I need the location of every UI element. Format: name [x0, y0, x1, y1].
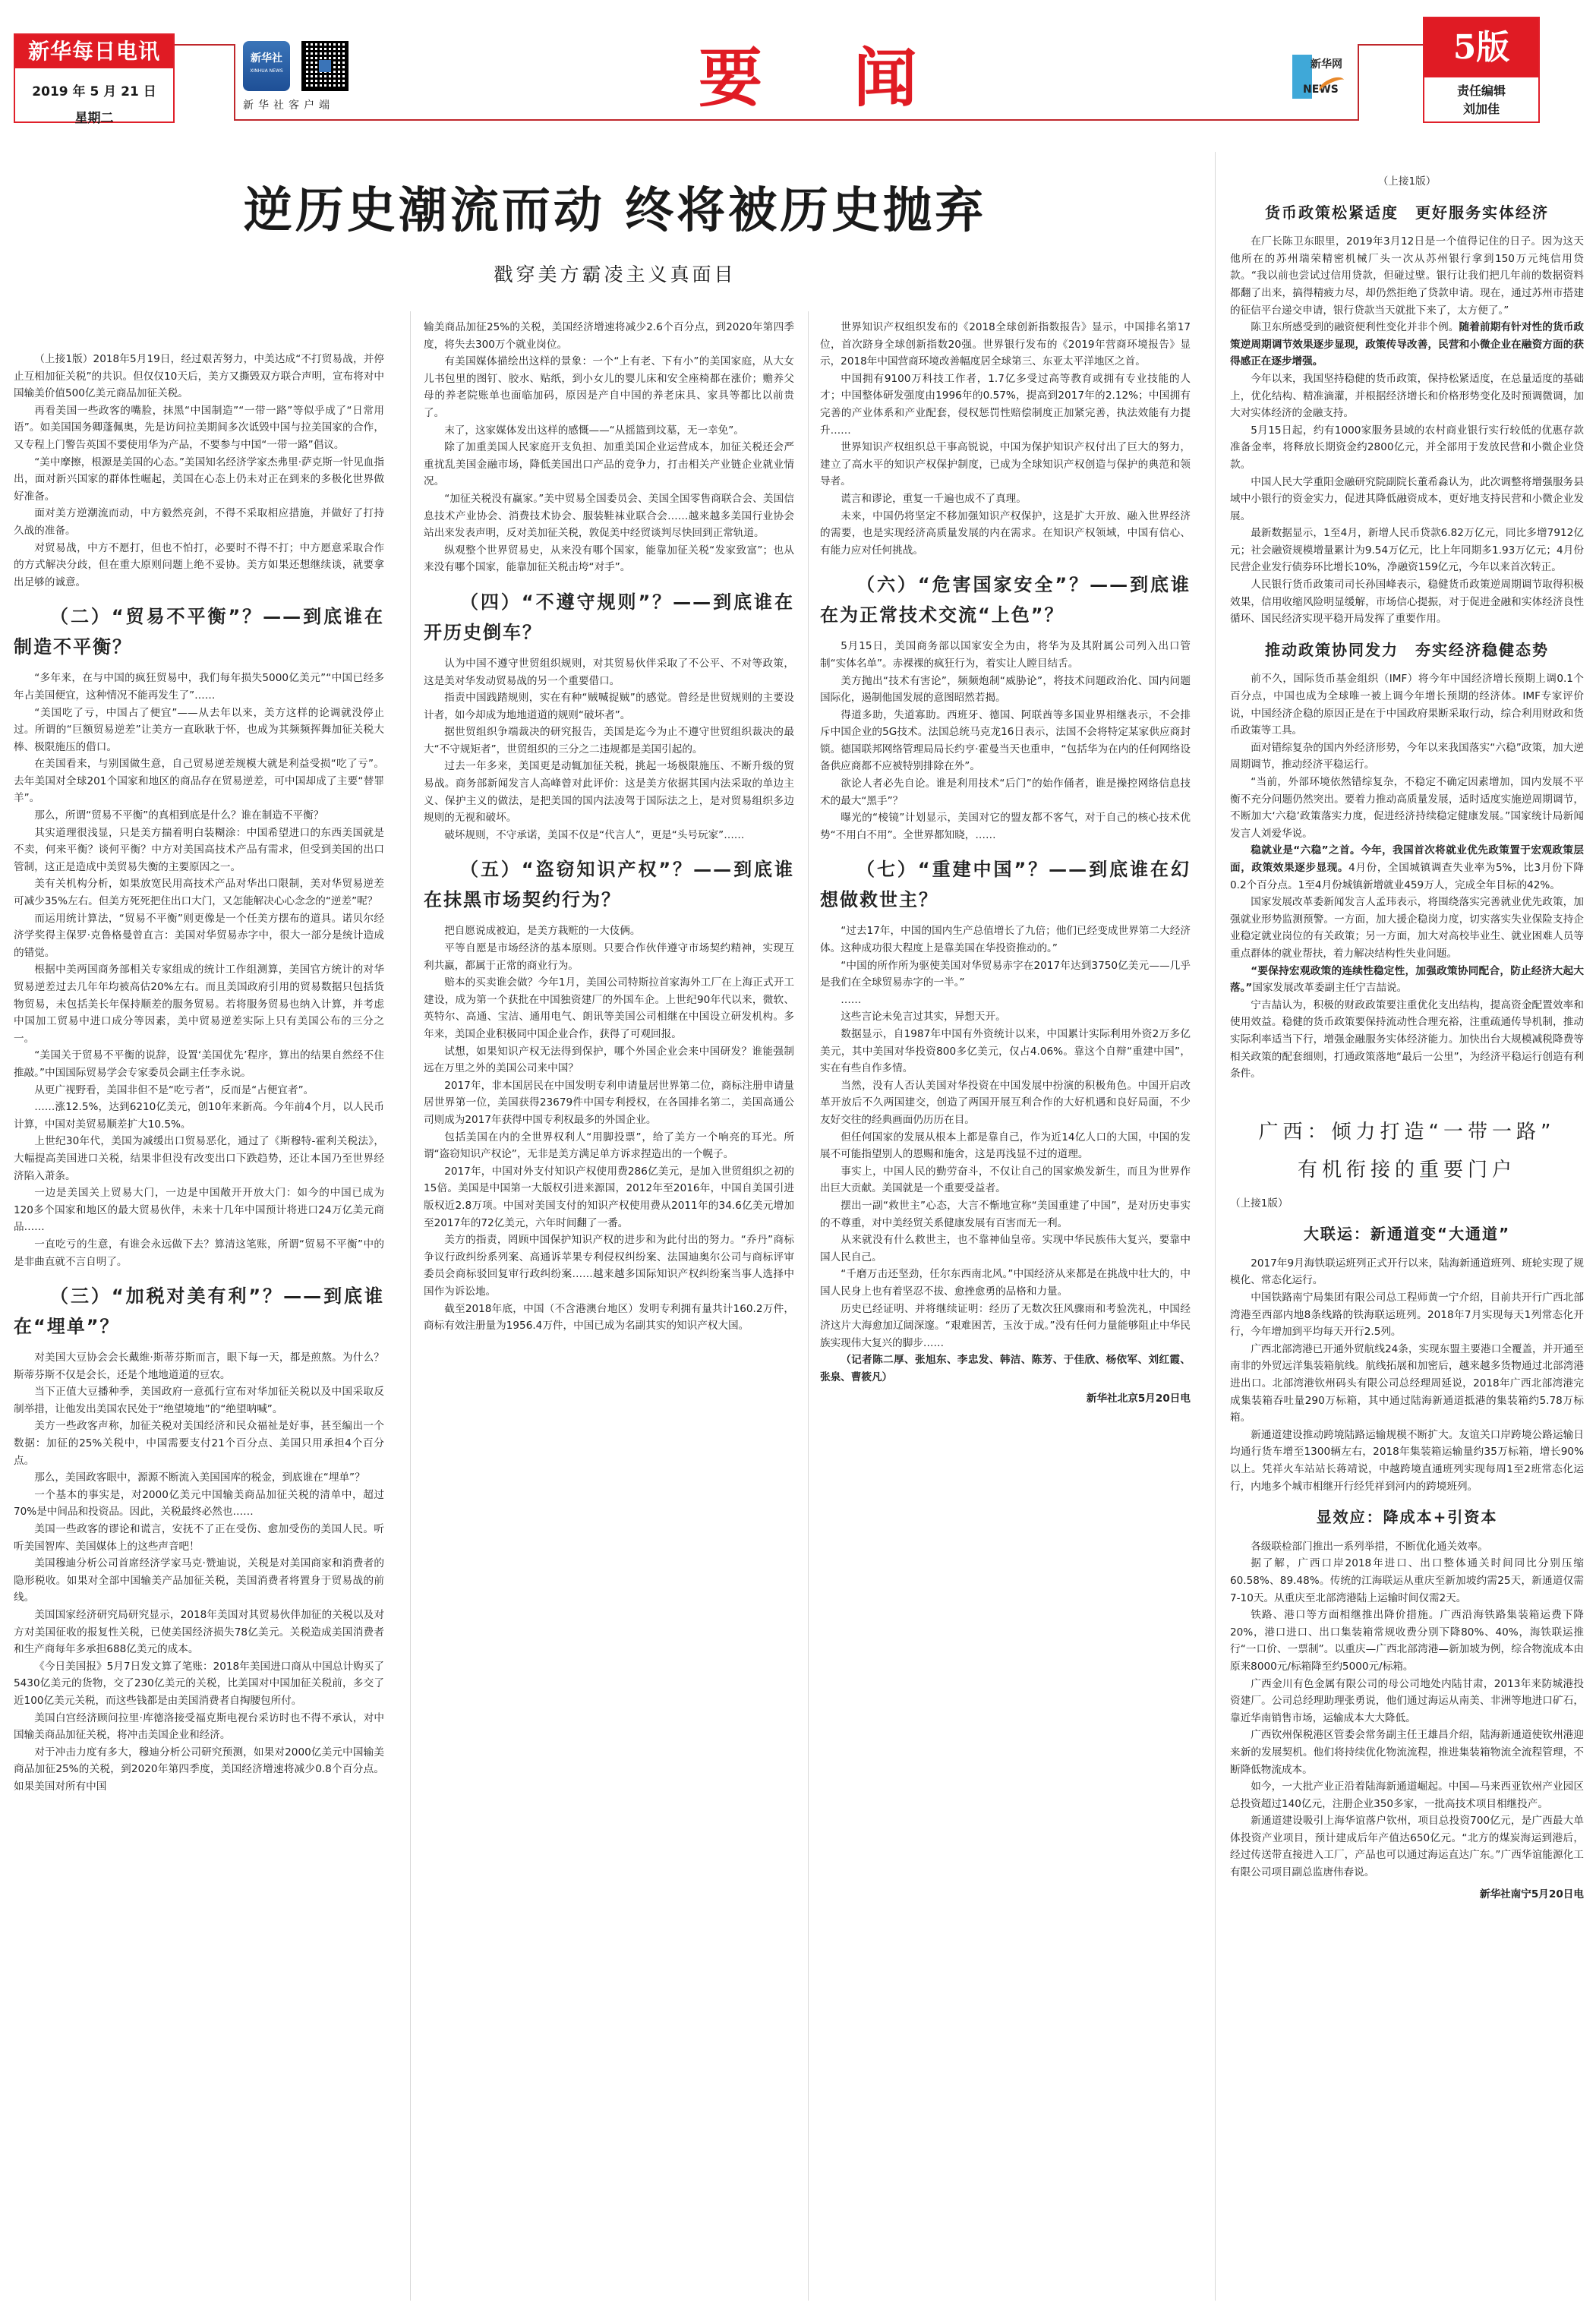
paragraph: 美方一些政客声称，加征关税对美国经济和民众福祉是好事，甚至编出一个数据：加征的2… — [14, 1418, 384, 1469]
guangxi-article-title: 广西：倾力打造“一带一路” 有机衔接的重要门户 — [1230, 1113, 1584, 1189]
paragraph: 而运用统计算法，“贸易不平衡”则更像是一个任美方摆布的道具。诺贝尔经济学奖得主保… — [14, 910, 384, 962]
paragraph: 平等自愿是市场经济的基本原则。只要合作伙伴遵守市场契约精神，实现互利共赢，都属于… — [424, 940, 794, 974]
paragraph: “过去17年，中国的国内生产总值增长了九倍；他们已经变成世界第二大经济体。这种成… — [820, 923, 1191, 957]
title-line-2: 有机衔接的重要门户 — [1230, 1151, 1584, 1189]
paragraph: 破坏规则，不守承诺，美国不仅是“代言人”，更是“头号玩家”…… — [424, 827, 794, 844]
paragraph: “美中摩擦，根源是美国的心态。”美国知名经济学家杰弗里·萨克斯一针见血指出，面对… — [14, 454, 384, 506]
editor-label: 责任编辑 — [1424, 82, 1538, 100]
title-line-1: 广西：倾力打造“一带一路” — [1230, 1113, 1584, 1151]
paragraph: 前不久，国际货币基金组织（IMF）将今年中国经济增长预期上调0.1个百分点，中国… — [1230, 670, 1584, 739]
paragraph: 末了，这家媒体发出这样的感慨——“从摇篮到坟墓，无一幸免”。 — [424, 422, 794, 440]
paragraph: 广西金川有色金属有限公司的母公司地处内陆甘肃，2013年来防城港投资建厂。公司总… — [1230, 1676, 1584, 1727]
paragraph: 广西钦州保税港区管委会常务副主任王雄昌介绍，陆海新通道使钦州港迎来新的发展契机。… — [1230, 1727, 1584, 1778]
paragraph: 赔本的买卖谁会做？今年1月，美国公司特斯拉首家海外工厂在上海正式开工建设，成为第… — [424, 974, 794, 1042]
paragraph: 认为中国不遵守世贸组织规则，对其贸易伙伴采取了不公平、不对等政策，这是美对华发动… — [424, 655, 794, 689]
paragraph: 从更广视野看，美国非但不是“吃亏者”，反而是“占便宜者”。 — [14, 1082, 384, 1099]
paragraph: 国家发展改革委新闻发言人孟玮表示，将围绕落实完善就业优先政策，加强就业形势监测预… — [1230, 894, 1584, 962]
app-caption: 新华社客户端 — [243, 97, 351, 112]
sidebar-section-title: 显效应：降成本+引资本 — [1230, 1509, 1584, 1526]
paragraph: 稳就业是“六稳”之首。今年，我国首次将就业优先政策置于宏观政策层面，政策效果逐步… — [1230, 842, 1584, 894]
paragraph: 但任何国家的发展从根本上都是靠自己，作为近14亿人口的大国，中国的发展不可能指望… — [820, 1129, 1191, 1163]
paragraph: 美有关机构分析，如果放宽民用高技术产品对华出口限制，美对华贸易逆差可减少35%左… — [14, 875, 384, 910]
paragraph: 新通道建设推动跨境陆路运输规模不断扩大。友谊关口岸跨境公路运输日均通行货车增至1… — [1230, 1427, 1584, 1495]
paragraph: “美国吃了亏，中国占了便宜”——从去年以来，美方这样的论调就没停止过。所谓的“巨… — [14, 705, 384, 756]
paragraph: 今年以来，我国坚持稳健的货币政策，保持松紧适度，在总量适度的基础上，优化结构、精… — [1230, 371, 1584, 422]
paragraph: 得道多助，失道寡助。西班牙、德国、阿联酋等多国业界相继表示，不会排斥中国企业的5… — [820, 707, 1191, 775]
paragraph: 指责中国践踏规则，实在有种“贼喊捉贼”的感觉。曾经是世贸规则的主要设计者，如今却… — [424, 689, 794, 724]
paragraph: “多年来，在与中国的疯狂贸易中，我们每年损失5000亿美元”“中国已经多年占美国… — [14, 670, 384, 704]
paragraph: 各级联检部门推出一系列举措，不断优化通关效率。 — [1230, 1538, 1584, 1556]
paragraph: 在美国看来，与别国做生意，自己贸易逆差规模大就是利益受损“吃了亏”。去年美国对全… — [14, 755, 384, 807]
paragraph: 对美国大豆协会会长戴维·斯蒂芬斯而言，眼下每一天，都是煎熬。为什么？斯蒂芬斯不仅… — [14, 1349, 384, 1383]
paragraph: 过去一年多来，美国更是动辄加征关税，挑起一场极限施压、不断升级的贸易战。商务部新… — [424, 758, 794, 826]
newspaper-name: 新华每日电讯 — [15, 35, 173, 68]
paragraph: 把自愿说成被迫，是美方栽赃的一大伎俩。 — [424, 923, 794, 940]
paragraph: “加征关税没有赢家。”美中贸易全国委员会、美国全国零售商联合会、美国信息技术产业… — [424, 490, 794, 542]
divider — [175, 44, 235, 46]
app-logo-text: 新华社 — [251, 52, 282, 65]
paragraph: 截至2018年底，中国（不含港澳台地区）发明专利拥有量共计160.2万件，商标有… — [424, 1301, 794, 1335]
page-number: 5版 — [1424, 18, 1538, 77]
section-heading: （七）“重建中国”？——到底谁在幻想做救世主？ — [820, 854, 1191, 915]
article-column-1: （上接1版）2018年5月19日，经过艰苦努力，中美达成“不打贸易战，并停止互相… — [14, 351, 384, 1796]
article-column-2: 输美商品加征25%的关税，美国经济增速将减少2.6个百分点，到2020年第四季度… — [424, 319, 794, 1335]
paragraph: 世界知识产权组织总干事高锐说，中国为保护知识产权付出了巨大的努力，建立了高水平的… — [820, 439, 1191, 490]
paragraph: 事实上，中国人民的勤劳奋斗，不仅让自己的国家焕发新生，而且为世界作出巨大贡献。美… — [820, 1163, 1191, 1197]
paragraph: 中国拥有9100万科技工作者，1.7亿多受过高等教育或拥有专业技能的人才；中国整… — [820, 371, 1191, 439]
paragraph: 除了加重美国人民家庭开支负担、加重美国企业运营成本，加征关税还会严重扰乱美国金融… — [424, 439, 794, 490]
continuation-note: （上接1版） — [1230, 173, 1584, 191]
paragraph: 广西北部湾港已开通外贸航线24条，实现东盟主要港口全覆盖，并开通至南非的外贸远洋… — [1230, 1341, 1584, 1427]
brand-box: 新华每日电讯 2019 年 5 月 21 日 星期二 — [14, 33, 175, 123]
paragraph: 美方的指责，罔顾中国保护知识产权的进步和为此付出的努力。“乔丹”商标争议行政纠纷… — [424, 1232, 794, 1300]
paragraph: 未来，中国仍将坚定不移加强知识产权保护，这是扩大开放、融入世界经济的需要，也是实… — [820, 508, 1191, 560]
paragraph: 试想，如果知识产权无法得到保护，哪个外国企业会来中国研发？谁能强制远在万里之外的… — [424, 1043, 794, 1077]
paragraph: 宁吉喆认为，积极的财政政策要注重优化支出结构，提高资金配置效率和使用效益。稳健的… — [1230, 997, 1584, 1083]
paragraph: 根据中美两国商务部相关专家组成的统计工作组测算，美国官方统计的对华贸易逆差过去几… — [14, 961, 384, 1047]
paragraph: 那么，美国政客眼中，源源不断流入美国国库的税金，到底谁在“埋单”？ — [14, 1469, 384, 1487]
paragraph: 一个基本的事实是，对2000亿美元中国输美商品加征关税的清单中，超过70%是中间… — [14, 1487, 384, 1521]
paragraph: 再看美国一些政客的嘴脸，抹黑“中国制造”“一带一路”等似乎成了“日常用语”。如美… — [14, 402, 384, 454]
dateline: 新华社南宁5月20日电 — [1230, 1886, 1584, 1904]
issue-weekday: 星期二 — [15, 107, 173, 126]
sidebar-section-title: 推动政策协同发力 夯实经济稳健态势 — [1230, 642, 1584, 659]
sidebar-section-title: 大联运：新通道变“大通道” — [1230, 1225, 1584, 1243]
continuation-note: （上接1版） — [1230, 1195, 1584, 1213]
paragraph: 从来就没有什么救世主，也不靠神仙皇帝。实现中华民族伟大复兴，要靠中国人民自己。 — [820, 1232, 1191, 1266]
paragraph: “千磨万击还坚劲，任尔东西南北风。”中国经济从来都是在挑战中壮大的，中国人民身上… — [820, 1266, 1191, 1300]
paragraph: 铁路、港口等方面相继推出降价措施。广西沿海铁路集装箱运费下降20%，港口进口、出… — [1230, 1607, 1584, 1675]
news-logo-cn: 新华网 — [1311, 56, 1342, 71]
section-heading: （四）“不遵守规则”？——到底谁在开历史倒车？ — [424, 587, 794, 648]
article-column-3: 世界知识产权组织发布的《2018全球创新指数报告》显示，中国排名第17位，首次跻… — [820, 319, 1191, 1408]
masthead: 新华每日电讯 2019 年 5 月 21 日 星期二 新华社 XINHUA NE… — [0, 0, 1596, 129]
paragraph: 陈卫东所感受到的融资便利性变化并非个例。随着前期有针对性的货币政策逆周期调节效果… — [1230, 319, 1584, 371]
section-heading: （二）“贸易不平衡”？——到底谁在制造不平衡？ — [14, 601, 384, 662]
sidebar-column: （上接1版） 货币政策松紧适度 更好服务实体经济 在厂长陈卫东眼里，2019年3… — [1230, 167, 1584, 1903]
paragraph: “当前，外部环境依然错综复杂，不稳定不确定因素增加，国内发展不平衡不充分问题仍然… — [1230, 774, 1584, 842]
sidebar-section-title: 货币政策松紧适度 更好服务实体经济 — [1230, 204, 1584, 222]
paragraph: 那么，所谓“贸易不平衡”的真相到底是什么？谁在制造不平衡？ — [14, 807, 384, 825]
paragraph: 输美商品加征25%的关税，美国经济增速将减少2.6个百分点，到2020年第四季度… — [424, 319, 794, 353]
paragraph: 对于冲击力度有多大，穆迪分析公司研究预测，如果对2000亿美元中国输美商品加征2… — [14, 1744, 384, 1796]
paragraph: 有美国媒体描绘出这样的景象：一个“上有老、下有小”的美国家庭，从大女儿书包里的图… — [424, 353, 794, 421]
column-divider — [410, 311, 411, 2301]
paragraph: 2017年9月海铁联运班列正式开行以来，陆海新通道班列、班轮实现了规模化、常态化… — [1230, 1255, 1584, 1289]
paragraph: 5月15日起，约有1000家服务县域的农村商业银行实行较低的优惠存款准备金率，将… — [1230, 422, 1584, 474]
text: 国家发展改革委副主任宁吉喆说。 — [1252, 982, 1407, 994]
paragraph: 对贸易战，中方不愿打，但也不怕打，必要时不得不打；中方愿意采取合作的方式解决分歧… — [14, 540, 384, 591]
byline: （记者陈二厚、张旭东、李忠发、韩洁、陈芳、于佳欣、杨依军、刘红霞、张泉、曹筱凡） — [820, 1352, 1191, 1386]
main-headline: 逆历史潮流而动 终将被历史抛弃 — [30, 172, 1200, 241]
paragraph: 美国国家经济研究局研究显示，2018年美国对其贸易伙伴加征的关税以及对方对美国征… — [14, 1607, 384, 1658]
divider — [1358, 44, 1423, 46]
dateline: 新华社北京5月20日电 — [820, 1390, 1191, 1408]
paragraph: “美国关于贸易不平衡的说辞，设置‘美国优先’程序，算出的结果自然经不住推敲。”中… — [14, 1047, 384, 1081]
paragraph: 曝光的“棱镜”计划显示，美国对它的盟友都不客气，对于自己的核心技术优势“不用白不… — [820, 809, 1191, 844]
paragraph: 一边是美国关上贸易大门，一边是中国敞开开放大门：如今的中国已成为120多个国家和… — [14, 1184, 384, 1236]
divider — [1358, 44, 1359, 121]
app-logo-subtext: XINHUA NEWS — [243, 68, 290, 74]
paragraph: 这些言论未免言过其实，异想天开。 — [820, 1008, 1191, 1026]
paragraph: 人民银行货币政策司司长孙国峰表示，稳健货币政策逆周期调节取得积极效果，信用收缩风… — [1230, 576, 1584, 628]
section-heading: （五）“盗窃知识产权”？——到底谁在抹黑市场契约行为？ — [424, 854, 794, 915]
paragraph: 其实道理很浅显，只是美方揣着明白装糊涂：中国希望进口的东西美国就是不卖，何来平衡… — [14, 825, 384, 876]
editor-info: 责任编辑 刘加佳 — [1424, 77, 1538, 118]
paragraph: 中国人民大学重阳金融研究院副院长董希淼认为，此次调整将增强服务县域中小银行的资金… — [1230, 474, 1584, 525]
section-heading: （三）“加税对美有利”？——到底谁在“埋单”？ — [14, 1281, 384, 1342]
paragraph: （上接1版）2018年5月19日，经过艰苦努力，中美达成“不打贸易战，并停止互相… — [14, 351, 384, 402]
paragraph: 在厂长陈卫东眼里，2019年3月12日是一个值得记住的日子。因为这天他所在的苏州… — [1230, 233, 1584, 319]
issue-date: 2019 年 5 月 21 日 — [15, 80, 173, 99]
main-subheadline: 戳穿美方霸凌主义真面目 — [30, 260, 1200, 287]
paragraph: 当然，没有人否认美国对华投资在中国发展中扮演的积极角色。中国开启改革开放后不久两… — [820, 1077, 1191, 1129]
paragraph: 摆出一副“救世主”心态，大言不惭地宣称“美国重建了中国”，是对历史事实的不尊重，… — [820, 1197, 1191, 1232]
divider — [234, 44, 235, 120]
paragraph: 如今，一大批产业正沿着陆海新通道崛起。中国—马来西亚钦州产业园区总投资超过140… — [1230, 1778, 1584, 1812]
paragraph: 当下正值大豆播种季，美国政府一意孤行宣布对华加征关税以及中国采取反制举措，让他发… — [14, 1383, 384, 1418]
column-divider — [1215, 152, 1216, 2301]
paragraph: ……涨12.5%，达到6210亿美元，创10年来新高。今年前4个月，以人民币计算… — [14, 1099, 384, 1133]
paragraph: 5月15日，美国商务部以国家安全为由，将华为及其附属公司列入出口管制“实体名单”… — [820, 638, 1191, 672]
paragraph: 面对美方逆潮流而动，中方毅然亮剑，不得不采取相应措施，并做好了打持久战的准备。 — [14, 505, 384, 539]
paragraph: 据世贸组织争端裁决的研究报告，美国是迄今为止不遵守世贸组织裁决的最大“不守规矩者… — [424, 724, 794, 758]
paragraph: 美国一些政客的谬论和谎言，安抚不了正在受伤、愈加受伤的美国人民。听听美国智库、美… — [14, 1521, 384, 1555]
paragraph: 谎言和谬论，重复一千遍也成不了真理。 — [820, 490, 1191, 508]
xinhua-app-logo-icon[interactable]: 新华社 XINHUA NEWS — [243, 41, 290, 91]
paragraph: 美国白宫经济顾问拉里·库德洛接受福克斯电视台采访时也不得不承认，对中国输美商品加… — [14, 1710, 384, 1744]
paragraph: 2017年，非本国居民在中国发明专利申请量居世界第二位，商标注册申请量居世界第一… — [424, 1077, 794, 1129]
paragraph: 据了解，广西口岸2018年进口、出口整体通关时间同比分别压缩60.58%、89.… — [1230, 1555, 1584, 1607]
section-heading: （六）“危害国家安全”？——到底谁在为正常技术交流“上色”？ — [820, 569, 1191, 630]
section-title: 要闻 — [699, 27, 1008, 119]
paragraph: 《今日美国报》5月7日发文算了笔账：2018年美国进口商从中国总计购买了5430… — [14, 1658, 384, 1710]
paragraph: 美国穆迪分析公司首席经济学家马克·赞迪说，关税是对美国商家和消费者的隐形税收。如… — [14, 1555, 384, 1607]
paragraph: 面对错综复杂的国内外经济形势，今年以来我国落实“六稳”政策，加大逆周期调节，推动… — [1230, 740, 1584, 774]
paragraph: 最新数据显示，1至4月，新增人民币贷款6.82万亿元，同比多增7912亿元；社会… — [1230, 525, 1584, 576]
paragraph: 欲论人者必先自论。谁是利用技术“后门”的始作俑者，谁是操控网络信息技术的最大“黑… — [820, 775, 1191, 809]
paragraph: 历史已经证明、并将继续证明：经历了无数次狂风骤雨和考验洗礼，中国经济这片大海愈加… — [820, 1301, 1191, 1352]
qr-code-icon[interactable] — [301, 41, 349, 91]
paragraph: 世界知识产权组织发布的《2018全球创新指数报告》显示，中国排名第17位，首次跻… — [820, 319, 1191, 371]
paragraph: …… — [820, 992, 1191, 1009]
paragraph: “要保持宏观政策的连续性稳定性，加强政策协同配合，防止经济大起大落。”国家发展改… — [1230, 963, 1584, 997]
divider — [234, 119, 1359, 121]
column-divider — [808, 311, 809, 2301]
paragraph: 上世纪30年代，美国为减缓出口贸易恶化，通过了《斯穆特-霍利关税法》，大幅提高美… — [14, 1133, 384, 1184]
editor-name: 刘加佳 — [1424, 100, 1538, 118]
paragraph: 中国铁路南宁局集团有限公司总工程师黄一宁介绍，目前共开行广西北部湾港至西部内地8… — [1230, 1289, 1584, 1341]
paragraph: 包括美国在内的全世界权利人“用脚投票”，给了美方一个响亮的耳光。所谓“盗窃知识产… — [424, 1129, 794, 1163]
paragraph: 新通道建设吸引上海华谊落户钦州，项目总投资700亿元，是广西最大单体投资产业项目… — [1230, 1812, 1584, 1881]
paragraph: “中国的所作所为驱使美国对华贸易赤字在2017年达到3750亿美元——几乎是我们… — [820, 957, 1191, 992]
paragraph: 纵观整个世界贸易史，从来没有哪个国家，能靠加征关税“发家致富”；也从来没有哪个国… — [424, 542, 794, 576]
xinhuanet-logo-icon[interactable]: 新华网 NEWS — [1292, 55, 1344, 99]
paragraph: 美方抛出“技术有害论”，频频炮制“威胁论”，将技术问题政治化、国内问题国际化，遏… — [820, 673, 1191, 707]
paragraph: 一直吃亏的生意，有谁会永远做下去？算清这笔账，所谓“贸易不平衡”中的是非曲直就不… — [14, 1236, 384, 1270]
text: 陈卫东所感受到的融资便利性变化并非个例。 — [1251, 321, 1459, 333]
paragraph: 2017年，中国对外支付知识产权使用费286亿美元，是加入世贸组织之初的15倍。… — [424, 1163, 794, 1232]
page-number-box: 5版 责任编辑 刘加佳 — [1423, 17, 1540, 123]
paragraph: 数据显示，自1987年中国有外资统计以来，中国累计实际利用外资2万多亿美元，其中… — [820, 1026, 1191, 1077]
